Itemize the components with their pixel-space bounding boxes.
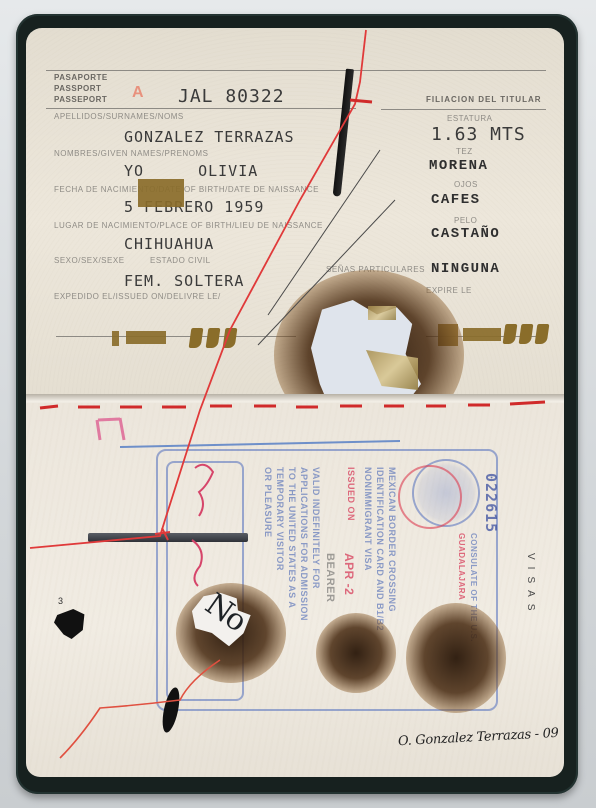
marks-value: NINGUNA xyxy=(431,261,500,277)
issued-on-label: ISSUED ON xyxy=(346,467,356,521)
burn-mark xyxy=(316,613,396,693)
gold-redaction xyxy=(112,331,119,346)
stamp-line: APPLICATIONS FOR ADMISSION xyxy=(299,467,309,621)
passport-number: JAL 80322 xyxy=(178,86,285,107)
bearer-label: BEARER xyxy=(324,553,336,602)
sex-civil-value: FEM. SOLTERA xyxy=(124,272,244,290)
hair-label: PELO xyxy=(454,216,477,225)
metal-bar xyxy=(88,533,248,542)
stamp-line: OR PLEASURE xyxy=(263,467,273,538)
issued-date: APR -2 xyxy=(342,553,356,595)
surnames-value: GONZALEZ TERRAZAS xyxy=(124,128,295,146)
pob-value: CHIHUAHUA xyxy=(124,235,214,253)
gold-redaction xyxy=(503,324,518,344)
given-names-label: NOMBRES/GIVEN NAMES/PRENOMS xyxy=(54,149,208,158)
given-names-value: YO OLIVIA xyxy=(124,162,258,180)
holder-section-title: FILIACION DEL TITULAR xyxy=(426,95,542,104)
gold-redaction xyxy=(223,328,238,348)
height-value: 1.63 MTS xyxy=(431,124,526,145)
rule xyxy=(46,108,356,109)
complexion-label: TEZ xyxy=(456,147,473,156)
complexion-value: MORENA xyxy=(429,158,488,174)
dob-label: FECHA DE NACIMIENTO/DATE OF BIRTH/DATE D… xyxy=(54,185,319,194)
data-page: PASAPORTE PASSPORT PASSEPORT A JAL 80322… xyxy=(26,28,564,411)
label-es: PASAPORTE xyxy=(54,72,108,83)
gold-redaction xyxy=(126,331,166,344)
passport-cover: PASAPORTE PASSPORT PASSEPORT A JAL 80322… xyxy=(16,14,578,794)
stamp-line: TEMPORARY VISITOR xyxy=(275,467,285,571)
passport-type: A xyxy=(132,84,144,102)
issued-label: EXPEDIDO EL/ISSUED ON/DELIVRE LE/ xyxy=(54,292,221,301)
consulate-seal-red xyxy=(398,465,462,529)
rule xyxy=(381,70,546,71)
pob-label: LUGAR DE NACIMIENTO/PLACE OF BIRTH/LIEU … xyxy=(54,221,323,230)
surnames-label: APELLIDOS/SURNAMES/NOMS xyxy=(54,112,184,121)
stamp-line: VALID INDEFINITELY FOR xyxy=(311,467,321,589)
visa-serial-number: 022615 xyxy=(482,473,500,533)
label-fr: PASSEPORT xyxy=(54,94,108,105)
civil-status-label: ESTADO CIVIL xyxy=(150,256,211,265)
label-en: PASSPORT xyxy=(54,83,108,94)
gold-redaction xyxy=(463,328,501,341)
height-label: ESTATURA xyxy=(447,114,492,123)
visas-page-title: VISAS xyxy=(525,553,536,617)
stamp-line: MEXICAN BORDER CROSSING xyxy=(387,467,397,612)
consulate-city: GUADALAJARA xyxy=(457,533,466,600)
hair-value: CASTAÑO xyxy=(431,226,500,242)
eyes-label: OJOS xyxy=(454,180,478,189)
burn-mark xyxy=(406,603,506,713)
stamp-line: IDENTIFICATION CARD AND B1/B2 xyxy=(375,467,385,631)
gold-redaction xyxy=(206,328,221,348)
sex-label: SEXO/SEX/SEXE xyxy=(54,256,125,265)
burn-hole xyxy=(54,609,86,639)
gold-redaction xyxy=(535,324,550,344)
eyes-value: CAFES xyxy=(431,192,481,208)
gold-redaction xyxy=(189,328,204,348)
page-number: 3 xyxy=(58,596,63,606)
passport-label: PASAPORTE PASSPORT PASSEPORT xyxy=(54,72,108,105)
visa-page: 022615 VISAS MEXICAN BORDER CROSSING IDE… xyxy=(26,403,564,777)
rule xyxy=(381,109,546,110)
gold-redaction xyxy=(519,324,534,344)
stamp-line: TO THE UNITED STATES AS A xyxy=(287,467,297,608)
foil-fragment xyxy=(368,306,396,320)
rule xyxy=(56,336,296,337)
gold-redaction-name xyxy=(138,179,184,207)
stamp-line: NONIMMIGRANT VISA xyxy=(363,467,373,571)
